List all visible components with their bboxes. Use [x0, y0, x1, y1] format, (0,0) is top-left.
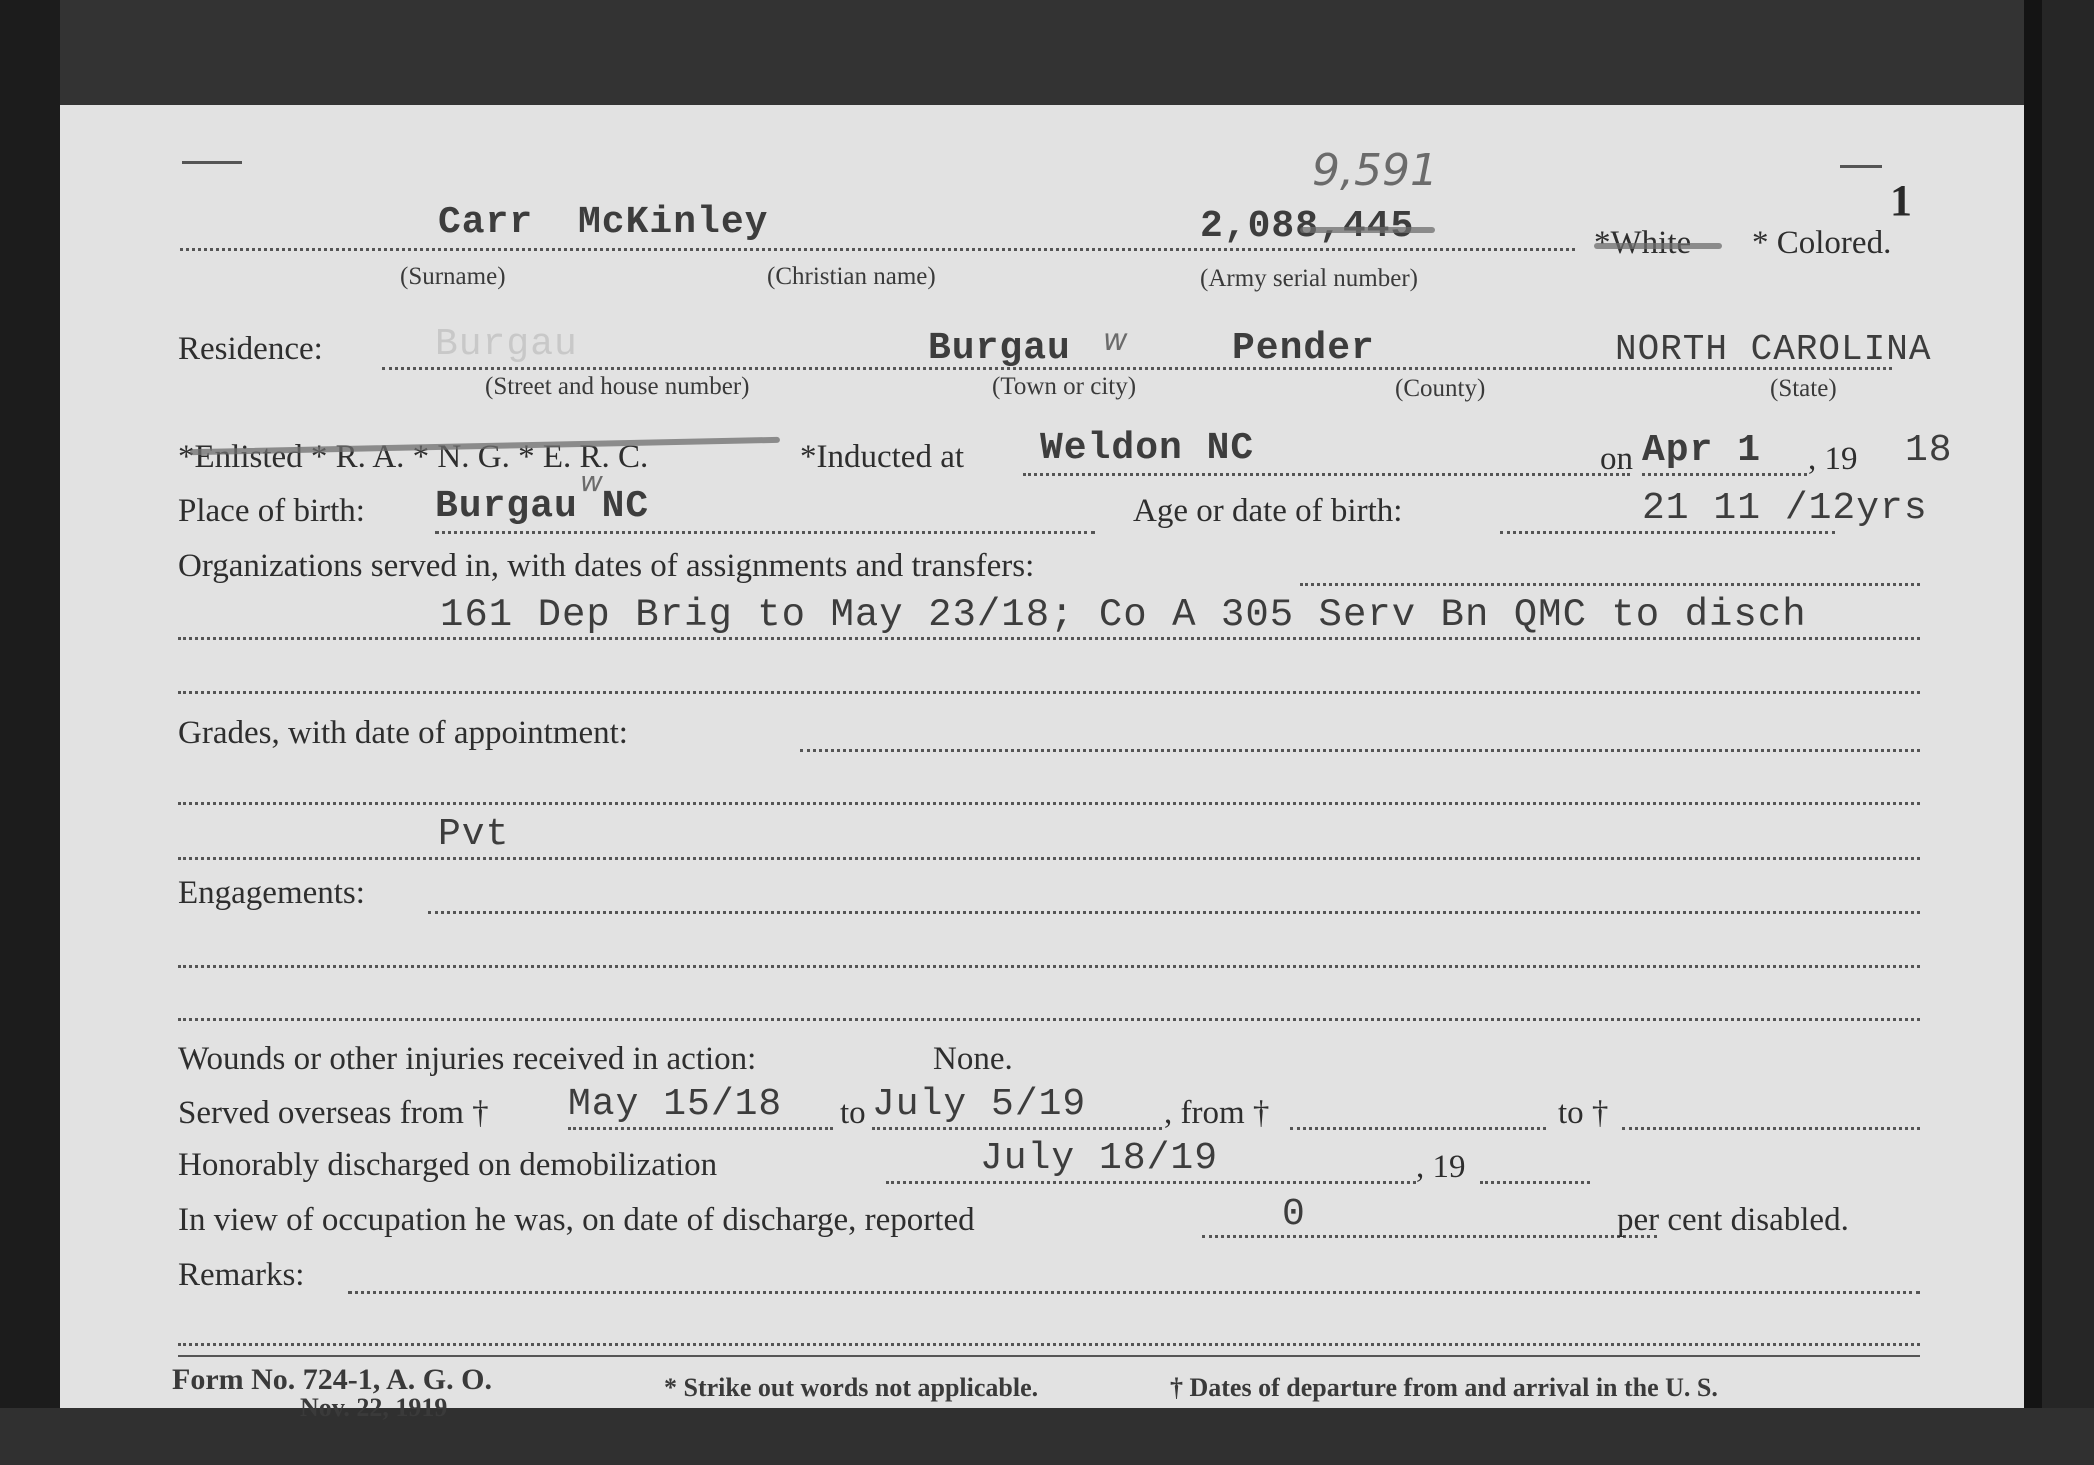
remarks-line-1 — [348, 1291, 1920, 1294]
top-left-mark — [182, 161, 242, 164]
place-of-birth-value: Burgau NC — [435, 485, 649, 528]
form-number: Form No. 724-1, A. G. O. — [172, 1363, 492, 1397]
county-label: (County) — [1395, 375, 1485, 403]
remarks-line-2 — [178, 1343, 1920, 1346]
residence-county: Pender — [1232, 327, 1375, 370]
christian-name-value: McKinley — [578, 201, 768, 244]
inducted-label: *Inducted at — [800, 439, 964, 476]
town-label: (Town or city) — [992, 373, 1136, 401]
grades-line-1 — [800, 749, 1920, 752]
organizations-line-3 — [178, 691, 1920, 694]
name-line — [180, 248, 1575, 251]
organizations-label: Organizations served in, with dates of a… — [178, 548, 1034, 585]
disability-value: 0 — [1282, 1193, 1306, 1236]
age-value: 21 11 /12yrs — [1642, 487, 1928, 530]
residence-state: NORTH CAROLINA — [1615, 329, 1931, 370]
on-label: on — [1600, 441, 1633, 478]
serial-label: (Army serial number) — [1200, 265, 1418, 293]
race-white-strikethrough — [1594, 243, 1722, 249]
organizations-line-2 — [178, 637, 1920, 640]
inducted-date-line — [1642, 473, 1807, 476]
residence-street-faint: Burgau — [435, 323, 578, 366]
overseas-from2-line — [1290, 1127, 1546, 1130]
overseas-from-line — [568, 1127, 833, 1130]
overseas-from: May 15/18 — [568, 1083, 782, 1126]
top-right-mark — [1840, 165, 1882, 168]
footnote-strike: * Strike out words not applicable. — [664, 1373, 1038, 1403]
wounds-value: None. — [933, 1041, 1013, 1078]
overseas-to2-label: to † — [1558, 1095, 1608, 1132]
form-date: Nov. 22, 1919 — [300, 1393, 447, 1423]
overseas-to-label: to — [840, 1095, 866, 1132]
inducted-year: 18 — [1905, 429, 1953, 472]
residence-town: Burgau — [928, 327, 1071, 370]
age-label: Age or date of birth: — [1133, 493, 1402, 530]
engagements-line-2 — [178, 965, 1920, 968]
organizations-entry: 161 Dep Brig to May 23/18; Co A 305 Serv… — [440, 593, 1807, 637]
street-label: (Street and house number) — [485, 373, 750, 401]
surname-value: Carr — [438, 201, 533, 244]
organizations-line-1 — [1300, 583, 1920, 586]
grades-line-2 — [178, 802, 1920, 805]
disability-label: In view of occupation he was, on date of… — [178, 1202, 975, 1239]
disability-suffix: per cent disabled. — [1617, 1202, 1849, 1239]
card-number: 1 — [1890, 175, 1912, 226]
inducted-at: Weldon NC — [1040, 427, 1254, 470]
discharge-date: July 18/19 — [980, 1137, 1218, 1180]
year-prefix: , 19 — [1808, 441, 1858, 478]
age-line — [1500, 531, 1835, 534]
remarks-label: Remarks: — [178, 1257, 304, 1294]
engagements-line-1 — [428, 911, 1920, 914]
grades-line-3 — [178, 857, 1920, 860]
scan-background-top — [0, 0, 2094, 105]
discharge-year-suffix: , 19 — [1416, 1149, 1466, 1186]
engagements-line-3 — [178, 1018, 1920, 1021]
overseas-to: July 5/19 — [872, 1083, 1086, 1126]
residence-label: Residence: — [178, 331, 323, 368]
surname-label: (Surname) — [400, 263, 506, 291]
place-of-birth-correction: w — [580, 465, 603, 498]
overseas-to-line — [872, 1127, 1162, 1130]
overseas-from2-label: , from † — [1164, 1095, 1269, 1132]
grades-entry: Pvt — [438, 813, 509, 856]
footer-rule — [178, 1355, 1920, 1357]
discharge-year-line — [1480, 1181, 1590, 1184]
race-colored: * Colored. — [1752, 225, 1891, 262]
serial-handwritten: 9,591 — [1312, 145, 1438, 196]
christian-name-label: (Christian name) — [767, 263, 936, 291]
place-of-birth-label: Place of birth: — [178, 493, 365, 530]
discharge-line — [886, 1181, 1416, 1184]
grades-label: Grades, with date of appointment: — [178, 715, 628, 752]
inducted-date: Apr 1 — [1642, 429, 1761, 472]
inducted-line — [1023, 473, 1630, 476]
scan-background-left — [0, 0, 60, 1465]
state-label: (State) — [1770, 375, 1837, 403]
overseas-label: Served overseas from † — [178, 1095, 489, 1132]
disability-line — [1202, 1235, 1657, 1238]
engagements-label: Engagements: — [178, 875, 365, 912]
overseas-to2-line — [1622, 1127, 1920, 1130]
discharge-label: Honorably discharged on demobilization — [178, 1147, 717, 1184]
wounds-label: Wounds or other injuries received in act… — [178, 1041, 756, 1078]
place-of-birth-line — [435, 531, 1095, 534]
scan-background-right-edge — [2024, 0, 2042, 1465]
footnote-dates: † Dates of departure from and arrival in… — [1170, 1373, 1718, 1403]
service-record-card: 1 Carr McKinley 9,591 2,088,445 *White *… — [60, 105, 2024, 1408]
residence-town-correction: w — [1103, 323, 1128, 358]
serial-strikethrough — [1300, 227, 1435, 233]
